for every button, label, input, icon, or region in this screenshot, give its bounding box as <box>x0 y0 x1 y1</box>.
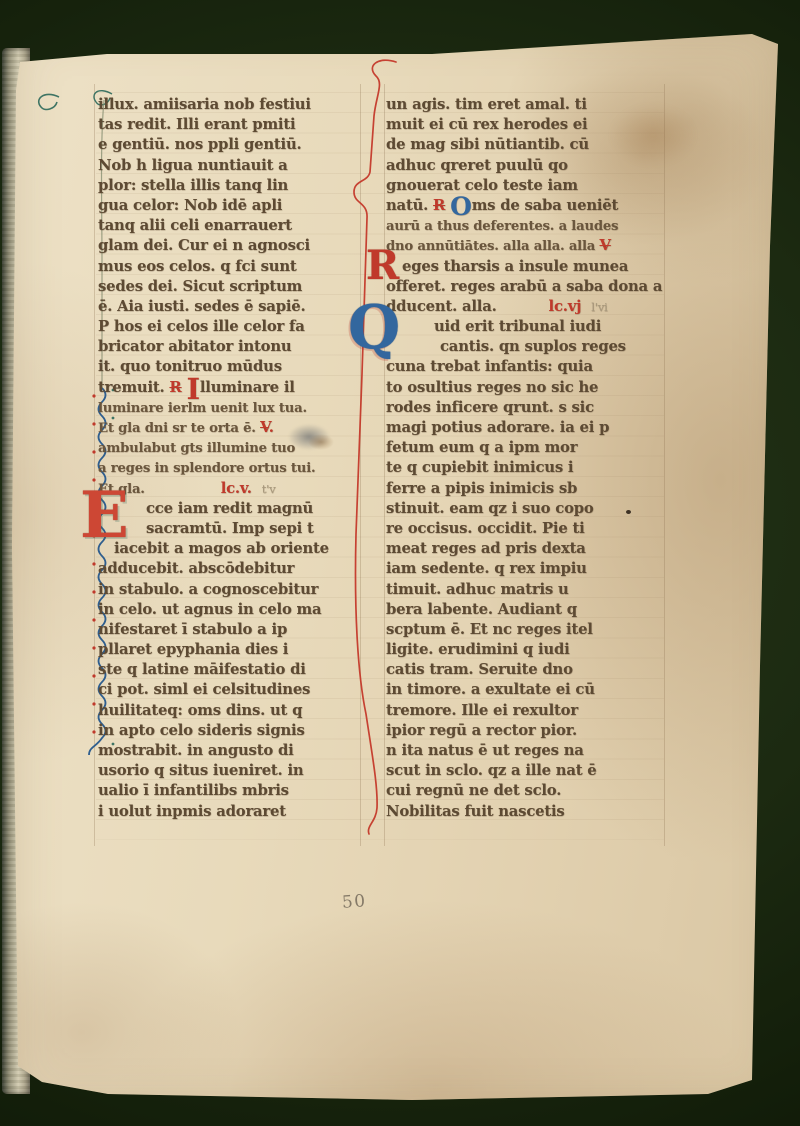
manuscript-line: re occisus. occidit. Pie ti <box>386 520 662 540</box>
text-segment: tas redit. Illi erant pmiti <box>98 116 295 133</box>
text-segment: cui regnū ne det sclo. <box>386 782 561 799</box>
manuscript-line: Nob h ligua nuntiauit a <box>98 157 374 177</box>
manuscript-line: aurū a thus deferentes. a laudes <box>386 217 662 237</box>
manuscript-line: scut in sclo. qz a ille nat ē <box>386 762 662 782</box>
text-segment: Nob h ligua nuntiauit a <box>98 157 288 174</box>
text-segment: natū. <box>386 197 433 214</box>
text-segment: scptum ē. Et nc reges itel <box>386 621 593 638</box>
text-segment: catis tram. Seruite dno <box>386 661 573 678</box>
manuscript-line: uid erit tribunal iudi <box>386 318 662 338</box>
decorated-initial-q: Q <box>348 298 400 358</box>
folio-number: 50 <box>341 891 367 913</box>
text-segment: scut in sclo. qz a ille nat ē <box>386 762 597 779</box>
text-segment: cantis. qn suplos reges <box>440 338 626 355</box>
text-segment: eges tharsis a insule munea <box>402 258 628 275</box>
green-pen-hook <box>32 90 64 114</box>
manuscript-line: illux. amiisaria nob festiui <box>98 96 374 116</box>
manuscript-line: gua celor: Nob idē apli <box>98 197 374 217</box>
text-segment: iacebit a magos ab oriente <box>114 540 329 557</box>
manuscript-line: ferre a pipis inimicis sb <box>386 480 662 500</box>
text-segment: P hos ei celos ille celor fa <box>98 318 305 335</box>
manuscript-line: ualio ī infantilibs mbris <box>98 782 374 802</box>
text-segment: usorio q situs iueniret. in <box>98 762 303 779</box>
text-segment: glam dei. Cur ei n agnosci <box>98 237 310 254</box>
left-text-column: illux. amiisaria nob festiuitas redit. I… <box>98 96 374 823</box>
text-segment: V <box>600 237 611 254</box>
manuscript-line: sacramtū. Imp sepi t <box>98 520 374 540</box>
manuscript-line: plor: stella illis tanq lin <box>98 177 374 197</box>
manuscript-line: bera labente. Audiant q <box>386 601 662 621</box>
text-segment: cuna trebat infantis: quia <box>386 358 593 375</box>
text-segment: to osultius reges no sic he <box>386 379 598 396</box>
text-segment: plor: stella illis tanq lin <box>98 177 288 194</box>
text-segment: lc.vj <box>549 298 582 315</box>
manuscript-line: a reges in splendore ortus tui. <box>98 459 374 479</box>
text-segment: dno annūtiātes. alla alla. alla <box>386 239 600 254</box>
manuscript-line: ligite. erudimini q iudi <box>386 641 662 661</box>
ink-dot <box>626 510 631 514</box>
text-segment: a reges in splendore ortus tui. <box>98 461 315 476</box>
text-segment: ligite. erudimini q iudi <box>386 641 570 658</box>
text-segment: i uolut inpmis adoraret <box>98 803 286 820</box>
manuscript-line: ci pot. siml ei celsitudines <box>98 681 374 701</box>
text-segment: ci pot. siml ei celsitudines <box>98 681 310 698</box>
text-segment: adducebit. abscōdebitur <box>98 560 294 577</box>
manuscript-line: cuna trebat infantis: quia <box>386 358 662 378</box>
text-segment: gua celor: Nob idē apli <box>98 197 282 214</box>
manuscript-line: offeret. reges arabū a saba dona a <box>386 278 662 298</box>
decorated-initial-e: E <box>80 484 129 548</box>
text-segment: ualio ī infantilibs mbris <box>98 782 289 799</box>
manuscript-line: bricator abitator intonu <box>98 338 374 358</box>
manuscript-line: in stabulo. a cognoscebitur <box>98 581 374 601</box>
text-segment: t'v <box>262 482 276 496</box>
text-segment: bera labente. Audiant q <box>386 601 577 618</box>
manuscript-line: catis tram. Seruite dno <box>386 661 662 681</box>
text-segment: l'vi <box>591 300 607 314</box>
text-segment: uid erit tribunal iudi <box>434 318 601 335</box>
manuscript-line: glam dei. Cur ei n agnosci <box>98 237 374 257</box>
text-segment: muit ei cū rex herodes ei <box>386 116 587 133</box>
manuscript-line: e gentiū. nos ppli gentiū. <box>98 136 374 156</box>
text-segment: Nobilitas fuit nascetis <box>386 803 565 820</box>
manuscript-line: magi potius adorare. ia ei p <box>386 419 662 439</box>
manuscript-line: luminare ierlm uenit lux tua. <box>98 399 374 419</box>
text-segment: stinuit. eam qz i suo copo <box>386 500 594 517</box>
text-segment: offeret. reges arabū a saba dona a <box>386 278 662 295</box>
text-segment: Et gla dni sr te orta ē. <box>98 421 260 436</box>
manuscript-line: it. quo tonitruo mūdus <box>98 358 374 378</box>
manuscript-line: sedes dei. Sicut scriptum <box>98 278 374 298</box>
manuscript-line: Et gla.lc.v.t'v <box>98 480 374 500</box>
text-segment: aurū a thus deferentes. a laudes <box>386 219 618 234</box>
text-segment: sedes dei. Sicut scriptum <box>98 278 302 295</box>
manuscript-line: in apto celo sideris signis <box>98 722 374 742</box>
manuscript-photo: { "page": { "folio_number": "50" }, "col… <box>0 0 800 1126</box>
manuscript-line: ipior regū a rector pior. <box>386 722 662 742</box>
column-ruling-right <box>664 84 665 846</box>
ink-smudge-brown <box>308 434 334 450</box>
text-segment: ste q latine māifestatio di <box>98 661 306 678</box>
manuscript-line: cce iam redit magnū <box>98 500 374 520</box>
text-segment: tremore. Ille ei rexultor <box>386 702 578 719</box>
manuscript-line: cantis. qn suplos reges <box>386 338 662 358</box>
manuscript-line: adducebit. abscōdebitur <box>98 560 374 580</box>
manuscript-line: tas redit. Illi erant pmiti <box>98 116 374 136</box>
manuscript-line: dducent. alla.lc.vjl'vi <box>386 298 662 318</box>
text-segment: cce iam redit magnū <box>146 500 313 517</box>
decorated-initial-r: R <box>366 246 399 286</box>
text-segment: de mag sibi nūtiantib. cū <box>386 136 589 153</box>
manuscript-line: cui regnū ne det sclo. <box>386 782 662 802</box>
manuscript-line: Nobilitas fuit nascetis <box>386 803 662 823</box>
manuscript-line: iacebit a magos ab oriente <box>98 540 374 560</box>
manuscript-line: in celo. ut agnus in celo ma <box>98 601 374 621</box>
text-segment: . <box>269 419 274 436</box>
text-segment: timuit. adhuc matris u <box>386 581 569 598</box>
text-segment: fetum eum q a ipm mor <box>386 439 577 456</box>
text-segment: in timore. a exultate ei cū <box>386 681 595 698</box>
text-segment: ferre a pipis inimicis sb <box>386 480 577 497</box>
manuscript-line: stinuit. eam qz i suo copo <box>386 500 662 520</box>
manuscript-line: pllaret epyphania dies i <box>98 641 374 661</box>
manuscript-line: scptum ē. Et nc reges itel <box>386 621 662 641</box>
manuscript-line: ē. Aia iusti. sedes ē sapiē. <box>98 298 374 318</box>
manuscript-line: mostrabit. in angusto di <box>98 742 374 762</box>
parchment-stain <box>610 104 696 166</box>
manuscript-line: tremuit. R Illuminare il <box>98 379 374 399</box>
text-segment: gnouerat celo teste iam <box>386 177 578 194</box>
text-segment: pllaret epyphania dies i <box>98 641 288 658</box>
manuscript-line: timuit. adhuc matris u <box>386 581 662 601</box>
manuscript-line: n ita natus ē ut reges na <box>386 742 662 762</box>
text-segment: bricator abitator intonu <box>98 338 291 355</box>
text-segment: magi potius adorare. ia ei p <box>386 419 609 436</box>
text-segment: lc.v. <box>221 480 252 497</box>
text-segment: n ita natus ē ut reges na <box>386 742 584 759</box>
text-segment: re occisus. occidit. Pie ti <box>386 520 585 537</box>
manuscript-line: gnouerat celo teste iam <box>386 177 662 197</box>
text-segment: R <box>433 197 445 214</box>
manuscript-line: to osultius reges no sic he <box>386 379 662 399</box>
text-segment: in apto celo sideris signis <box>98 722 305 739</box>
text-segment: tremuit. <box>98 379 169 396</box>
text-segment: illux. amiisaria nob festiui <box>98 96 311 113</box>
text-segment: te q cupiebit inimicus i <box>386 459 573 476</box>
manuscript-line: usorio q situs iueniret. in <box>98 762 374 782</box>
text-segment: ipior regū a rector pior. <box>386 722 577 739</box>
text-segment: in stabulo. a cognoscebitur <box>98 581 318 598</box>
text-segment: luminare ierlm uenit lux tua. <box>98 401 307 416</box>
text-segment: un agis. tim eret amal. ti <box>386 96 587 113</box>
text-segment: dducent. alla. <box>386 298 497 315</box>
text-segment: adhuc qreret puulū qo <box>386 157 568 174</box>
manuscript-line: P hos ei celos ille celor fa <box>98 318 374 338</box>
manuscript-line: tremore. Ille ei rexultor <box>386 702 662 722</box>
manuscript-line: iam sedente. q rex impiu <box>386 560 662 580</box>
text-segment: tanq alii celi enarrauert <box>98 217 292 234</box>
text-segment: ms de saba ueniēt <box>472 197 618 214</box>
text-segment: mus eos celos. q fci sunt <box>98 258 297 275</box>
manuscript-line: ste q latine māifestatio di <box>98 661 374 681</box>
manuscript-line: huilitateq: oms dins. ut q <box>98 702 374 722</box>
text-segment: mostrabit. in angusto di <box>98 742 294 759</box>
text-segment: nifestaret ī stabulo a ip <box>98 621 287 638</box>
text-segment: in celo. ut agnus in celo ma <box>98 601 321 618</box>
manuscript-line: nifestaret ī stabulo a ip <box>98 621 374 641</box>
text-segment: V <box>260 419 269 436</box>
manuscript-line: mus eos celos. q fci sunt <box>98 258 374 278</box>
manuscript-line: rodes inficere qrunt. s sic <box>386 399 662 419</box>
manuscript-line: Et gla dni sr te orta ē. V. <box>98 419 374 439</box>
text-segment: ambulabut gts illumine tuo <box>98 441 295 456</box>
text-segment: huilitateq: oms dins. ut q <box>98 702 302 719</box>
right-text-column: un agis. tim eret amal. timuit ei cū rex… <box>386 96 662 823</box>
manuscript-line: natū. R Oms de saba ueniēt <box>386 197 662 217</box>
text-segment: ē. Aia iusti. sedes ē sapiē. <box>98 298 305 315</box>
manuscript-line: i uolut inpmis adoraret <box>98 803 374 823</box>
manuscript-line: fetum eum q a ipm mor <box>386 439 662 459</box>
manuscript-line: te q cupiebit inimicus i <box>386 459 662 479</box>
text-segment: meat reges ad pris dexta <box>386 540 586 557</box>
manuscript-line: in timore. a exultate ei cū <box>386 681 662 701</box>
manuscript-line: adhuc qreret puulū qo <box>386 157 662 177</box>
text-segment: sacramtū. Imp sepi t <box>146 520 314 537</box>
text-segment: lluminare il <box>200 379 295 396</box>
text-segment: rodes inficere qrunt. s sic <box>386 399 594 416</box>
text-segment: R <box>169 379 181 396</box>
manuscript-line: eges tharsis a insule munea <box>386 258 662 278</box>
manuscript-line: tanq alii celi enarrauert <box>98 217 374 237</box>
text-segment: e gentiū. nos ppli gentiū. <box>98 136 301 153</box>
manuscript-line: meat reges ad pris dexta <box>386 540 662 560</box>
parchment-page: illux. amiisaria nob festiuitas redit. I… <box>12 26 782 1108</box>
text-segment: iam sedente. q rex impiu <box>386 560 587 577</box>
manuscript-line: dno annūtiātes. alla alla. alla V <box>386 237 662 257</box>
